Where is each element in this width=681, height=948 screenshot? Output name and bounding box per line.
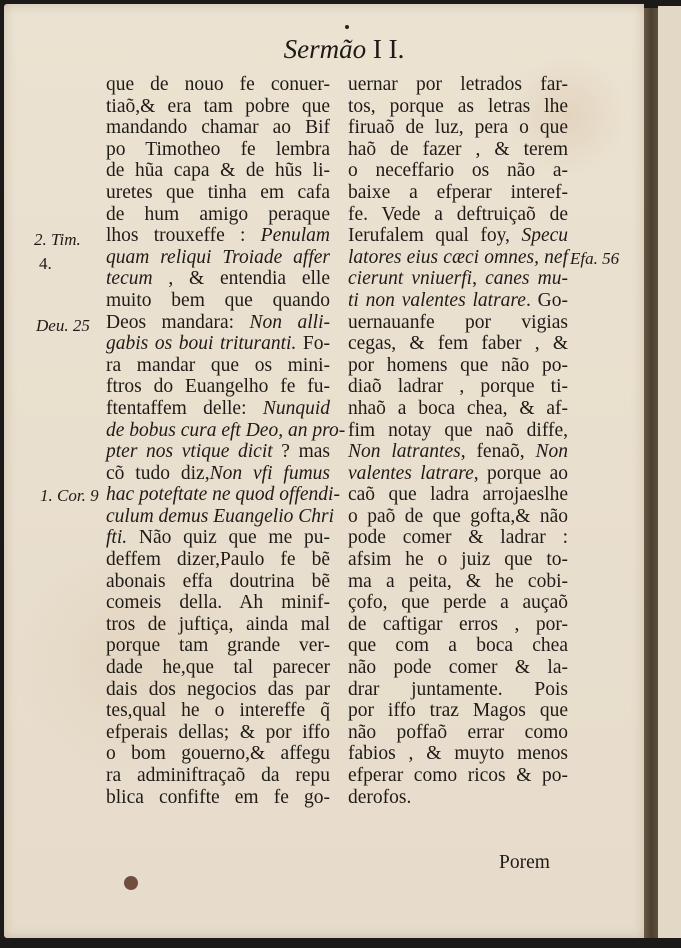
body-text: uernar por letrados far- bbox=[348, 74, 568, 95]
text-line: efperar como ricos & po- bbox=[348, 765, 568, 787]
text-line: tos, porque as letras lhe bbox=[348, 96, 568, 118]
body-text: por iffo traz Magos que bbox=[348, 700, 568, 721]
text-line: culum demus Euangelio Chri bbox=[106, 506, 330, 528]
body-text: de hũa capa & de hũs li- bbox=[106, 160, 330, 181]
latin-quotation: canes mu- bbox=[485, 268, 568, 289]
text-line: ftentaffem delle: Nunquid bbox=[106, 398, 330, 420]
text-line: latores eius cæci omnes, nef bbox=[348, 247, 568, 269]
body-text: diaõ ladrar , porque ti- bbox=[348, 376, 568, 397]
margin-note-timothy-chapter: 4. bbox=[39, 254, 52, 274]
latin-quotation: latores eius cæci omnes, nef bbox=[348, 247, 568, 268]
text-line: uernar por letrados far- bbox=[348, 74, 568, 96]
body-text: Ierufalem qual foy, bbox=[348, 225, 521, 246]
text-line: efperais dellas; & por iffo bbox=[106, 722, 330, 744]
latin-quotation: Non latrantes bbox=[348, 441, 461, 462]
latin-quotation: Non bbox=[535, 441, 568, 462]
body-text: efperais dellas; & por iffo bbox=[106, 722, 330, 743]
margin-note-timothy: 2. Tim. bbox=[34, 230, 81, 250]
body-text: po Timotheo fe lembra bbox=[106, 139, 330, 160]
latin-quotation: Penulam bbox=[261, 225, 330, 246]
body-text: de caftigar erros , por- bbox=[348, 614, 568, 635]
text-line: por homens que não po- bbox=[348, 355, 568, 377]
body-text: o bom gouerno,& affegu bbox=[106, 743, 330, 764]
latin-quotation: gabis os boui trituranti. bbox=[106, 333, 296, 354]
body-text: comeis della. Ah minif- bbox=[106, 592, 330, 613]
body-text: Não quiz que me pu- bbox=[127, 527, 330, 548]
text-line: Non latrantes, fenaõ, Non bbox=[348, 441, 568, 463]
text-line: comeis della. Ah minif- bbox=[106, 592, 330, 614]
text-line: ra mandar que os mini- bbox=[106, 355, 330, 377]
body-text: ? mas bbox=[273, 441, 330, 462]
body-text: tes,qual he o intereffe q̃ bbox=[106, 700, 330, 721]
text-line: nhaõ a boca chea, & af- bbox=[348, 398, 568, 420]
body-text: ftentaffem delle: bbox=[106, 398, 263, 419]
text-line: pode comer & ladrar : bbox=[348, 527, 568, 549]
latin-quotation: Non alli- bbox=[250, 312, 330, 333]
latin-quotation: cierunt vniuerfi bbox=[348, 268, 472, 289]
text-line: fe. Vede a deftruiçaõ de bbox=[348, 204, 568, 226]
text-line: blica confifte em fe go- bbox=[106, 787, 330, 809]
text-line: derofos. bbox=[348, 787, 568, 809]
body-text: Fo- bbox=[296, 333, 330, 354]
text-line: o paõ de que gofta,& não bbox=[348, 506, 568, 528]
text-line: que com a boca chea bbox=[348, 635, 568, 657]
body-text: fabios , & muyto menos bbox=[348, 743, 568, 764]
text-line: dade he,que tal parecer bbox=[106, 657, 330, 679]
text-line: de hũa capa & de hũs li- bbox=[106, 160, 330, 182]
text-line: lhos trouxeffe : Penulam bbox=[106, 225, 330, 247]
body-text: o neceffario os não a- bbox=[348, 160, 568, 181]
latin-quotation: de bobus cura eft Deo, an pro- bbox=[106, 420, 345, 441]
text-line: de hum amigo peraque bbox=[106, 204, 330, 226]
text-line: fabios , & muyto menos bbox=[348, 743, 568, 765]
text-line: tes,qual he o intereffe q̃ bbox=[106, 700, 330, 722]
body-text: firuaõ de luz, pera o que bbox=[348, 117, 568, 138]
text-line: caõ que ladra arrojaeslhe bbox=[348, 484, 568, 506]
header-ornament-dot bbox=[345, 25, 349, 29]
body-text: de hum amigo peraque bbox=[106, 204, 330, 225]
body-text: deffem dizer,Paulo fe bẽ bbox=[106, 549, 330, 570]
body-text: , bbox=[472, 268, 485, 289]
latin-quotation: valentes latrare bbox=[348, 463, 474, 484]
body-text: cegas, & fem faber , & bbox=[348, 333, 568, 354]
right-text-column: uernar por letrados far-tos, porque as l… bbox=[348, 74, 568, 808]
body-text: abonais effa doutrina bẽ bbox=[106, 571, 330, 592]
text-line: de caftigar erros , por- bbox=[348, 614, 568, 636]
book-page: Sermão I I. que de nouo fe conuer-tiaõ,&… bbox=[4, 4, 644, 938]
text-line: deffem dizer,Paulo fe bẽ bbox=[106, 549, 330, 571]
text-line: que de nouo fe conuer- bbox=[106, 74, 330, 96]
text-line: tros de juftiça, ainda mal bbox=[106, 614, 330, 636]
body-text: uernauanfe por vigias bbox=[348, 312, 568, 333]
text-line: tiaõ,& era tam pobre que bbox=[106, 96, 330, 118]
body-text: por homens que não po- bbox=[348, 355, 568, 376]
adjacent-page-edge bbox=[658, 6, 681, 938]
body-text: , & entendia elle bbox=[153, 268, 330, 289]
body-text: tos, porque as letras lhe bbox=[348, 96, 568, 117]
body-text: afsim he o juiz que to- bbox=[348, 549, 568, 570]
text-line: baixe a efperar interef- bbox=[348, 182, 568, 204]
body-text: dais dos negocios das par bbox=[106, 679, 330, 700]
body-text: cõ tudo diz, bbox=[106, 463, 210, 484]
book-spine-gutter bbox=[644, 8, 658, 938]
body-text: não poffaõ errar como bbox=[348, 722, 568, 743]
text-line: cõ tudo diz,Non vfi fumus bbox=[106, 463, 330, 485]
body-text: tiaõ,& era tam pobre que bbox=[106, 96, 330, 117]
latin-quotation: pter nos vtique dicit bbox=[106, 441, 273, 462]
text-line: ti non valentes latrare. Go- bbox=[348, 290, 568, 312]
text-line: pter nos vtique dicit ? mas bbox=[106, 441, 330, 463]
text-line: diaõ ladrar , porque ti- bbox=[348, 376, 568, 398]
text-line: de bobus cura eft Deo, an pro- bbox=[106, 420, 330, 442]
text-line: uretes que tinha em cafa bbox=[106, 182, 330, 204]
text-line: hac poteftate ne quod offendi- bbox=[106, 484, 330, 506]
body-text: pode comer & ladrar : bbox=[348, 527, 568, 548]
text-line: po Timotheo fe lembra bbox=[106, 139, 330, 161]
body-text: ra mandar que os mini- bbox=[106, 355, 330, 376]
body-text: çofo, que perde a auçaõ bbox=[348, 592, 568, 613]
text-line: porque tam grande ver- bbox=[106, 635, 330, 657]
body-text: ra adminiftraçaõ da repu bbox=[106, 765, 330, 786]
body-text: não pode comer & la- bbox=[348, 657, 568, 678]
latin-quotation: hac poteftate ne quod offendi- bbox=[106, 484, 340, 505]
body-text: o paõ de que gofta,& não bbox=[348, 506, 568, 527]
body-text: baixe a efperar interef- bbox=[348, 182, 568, 203]
body-text: derofos. bbox=[348, 787, 411, 808]
text-line: mandando chamar ao Bif bbox=[106, 117, 330, 139]
text-line: drar juntamente. Pois bbox=[348, 679, 568, 701]
text-line: tecum , & entendia elle bbox=[106, 268, 330, 290]
body-text: efperar como ricos & po- bbox=[348, 765, 568, 786]
text-line: gabis os boui trituranti. Fo- bbox=[106, 333, 330, 355]
text-line: haõ de fazer , & terem bbox=[348, 139, 568, 161]
margin-note-corinthians: 1. Cor. 9 bbox=[40, 486, 99, 506]
body-text: blica confifte em fe go- bbox=[106, 787, 330, 808]
body-text: fim notay que naõ diffe, bbox=[348, 420, 568, 441]
body-text: haõ de fazer , & terem bbox=[348, 139, 568, 160]
text-line: çofo, que perde a auçaõ bbox=[348, 592, 568, 614]
text-line: quam reliqui Troiade affer bbox=[106, 247, 330, 269]
latin-quotation: culum demus Euangelio Chri bbox=[106, 506, 334, 527]
text-line: fim notay que naõ diffe, bbox=[348, 420, 568, 442]
body-text: . Go- bbox=[526, 290, 568, 311]
latin-quotation: tecum bbox=[106, 268, 153, 289]
text-line: cierunt vniuerfi, canes mu- bbox=[348, 268, 568, 290]
text-line: por iffo traz Magos que bbox=[348, 700, 568, 722]
body-text: dade he,que tal parecer bbox=[106, 657, 330, 678]
text-line: ftros do Euangelho fe fu- bbox=[106, 376, 330, 398]
text-line: dais dos negocios das par bbox=[106, 679, 330, 701]
body-text: mandando chamar ao Bif bbox=[106, 117, 330, 138]
body-text: , fenaõ, bbox=[461, 441, 536, 462]
body-text: ftros do Euangelho fe fu- bbox=[106, 376, 330, 397]
body-text: uretes que tinha em cafa bbox=[106, 182, 330, 203]
latin-quotation: Specu bbox=[521, 225, 568, 246]
body-text: porque tam grande ver- bbox=[106, 635, 330, 656]
body-text: que com a boca chea bbox=[348, 635, 568, 656]
body-text: nhaõ a boca chea, & af- bbox=[348, 398, 568, 419]
margin-note-deuteronomy: Deu. 25 bbox=[36, 316, 90, 336]
latin-quotation: quam reliqui Troiade affer bbox=[106, 247, 330, 268]
latin-quotation: fti. bbox=[106, 527, 127, 548]
body-text: , porque ao bbox=[474, 463, 568, 484]
text-line: uernauanfe por vigias bbox=[348, 312, 568, 334]
latin-quotation: Non vfi fumus bbox=[210, 463, 330, 484]
latin-quotation: Nunquid bbox=[263, 398, 330, 419]
running-header: Sermão I I. bbox=[4, 34, 644, 65]
text-line: afsim he o juiz que to- bbox=[348, 549, 568, 571]
text-line: muito bem que quando bbox=[106, 290, 330, 312]
running-header-title: Sermão bbox=[284, 34, 367, 64]
body-text: Deos mandara: bbox=[106, 312, 250, 333]
latin-quotation: ti non valentes latrare bbox=[348, 290, 526, 311]
body-text: fe. Vede a deftruiçaõ de bbox=[348, 204, 568, 225]
margin-note-isaiah: Efa. 56 bbox=[570, 249, 619, 269]
text-line: Deos mandara: Non alli- bbox=[106, 312, 330, 334]
text-line: ra adminiftraçaõ da repu bbox=[106, 765, 330, 787]
text-line: abonais effa doutrina bẽ bbox=[106, 571, 330, 593]
body-text: que de nouo fe conuer- bbox=[106, 74, 330, 95]
left-text-column: que de nouo fe conuer-tiaõ,& era tam pob… bbox=[106, 74, 330, 808]
body-text: muito bem que quando bbox=[106, 290, 330, 311]
body-text: lhos trouxeffe : bbox=[106, 225, 261, 246]
ink-stain bbox=[124, 876, 138, 890]
body-text: tros de juftiça, ainda mal bbox=[106, 614, 330, 635]
body-text: ma a peita, & he cobi- bbox=[348, 571, 568, 592]
text-line: cegas, & fem faber , & bbox=[348, 333, 568, 355]
catchword: Porem bbox=[499, 852, 550, 874]
text-line: o bom gouerno,& affegu bbox=[106, 743, 330, 765]
text-line: valentes latrare, porque ao bbox=[348, 463, 568, 485]
body-text: caõ que ladra arrojaeslhe bbox=[348, 484, 568, 505]
text-line: não poffaõ errar como bbox=[348, 722, 568, 744]
text-line: Ierufalem qual foy, Specu bbox=[348, 225, 568, 247]
text-line: fti. Não quiz que me pu- bbox=[106, 527, 330, 549]
text-line: firuaõ de luz, pera o que bbox=[348, 117, 568, 139]
body-text: drar juntamente. Pois bbox=[348, 679, 568, 700]
text-line: ma a peita, & he cobi- bbox=[348, 571, 568, 593]
text-line: não pode comer & la- bbox=[348, 657, 568, 679]
text-line: o neceffario os não a- bbox=[348, 160, 568, 182]
running-header-number: I I. bbox=[373, 34, 404, 64]
